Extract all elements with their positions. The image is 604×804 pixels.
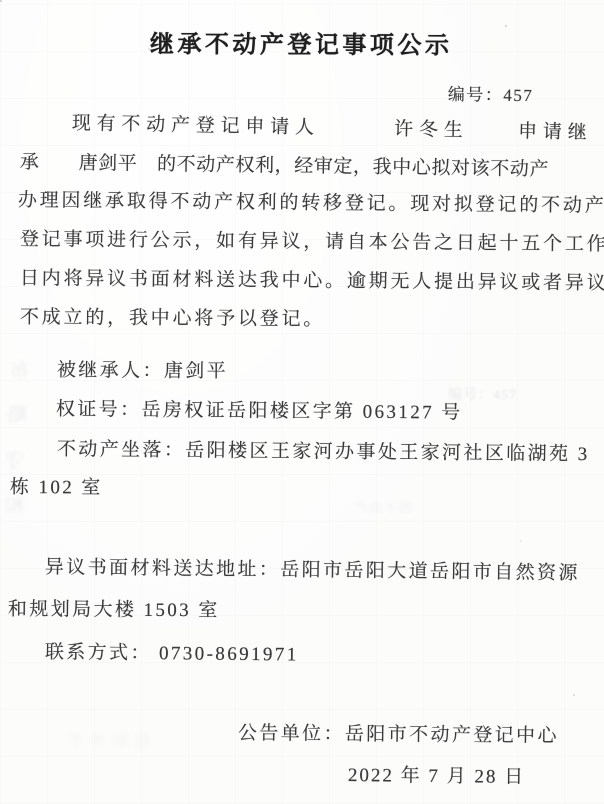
paragraph-line: 登记事项进行公示，如有异议，请自本公告之日起十五个工作 [20, 228, 604, 257]
bleed-through-mark: 略 [7, 398, 27, 427]
contact-phone-line: 联系方式： 0730-8691971 [45, 641, 299, 667]
paragraph-line: 承 唐剑平 的不动产权利，经审定，我中心拟对该不动产 [20, 151, 549, 182]
doc-number: 编号：457 [448, 83, 534, 108]
issuing-authority-line: 公告单位：岳阳市不动产登记中心 [238, 722, 559, 749]
objection-address-line: 异议书面材料送达地址：岳阳市岳阳大道岳阳市自然资源 [45, 556, 580, 586]
objection-address-line: 和规划局大楼 1503 室 [8, 598, 220, 623]
scan-speckles [0, 0, 2, 2]
property-location-line: 栋 102 室 [10, 476, 103, 500]
paragraph-line: 办理因继承取得不动产权利的转移登记。现对拟登记的不动产 [18, 189, 604, 219]
bleed-through-mark: 布 [10, 354, 30, 383]
paragraph-line: 现有不动产登记申请人 许冬生 申请继 [72, 112, 593, 146]
scanned-notice-page: 布 略 守 和 编号：457 的不动产 岳阳市不 继承不动产登记事项公示 编号：… [0, 0, 604, 804]
deceased-person-line: 被继承人：唐剑平 [57, 359, 228, 384]
paragraph-line: 日内将异议书面材料送达我中心。逾期无人提出异议或者异议 [20, 267, 604, 296]
issue-date-line: 2022 年 7 月 28 日 [348, 764, 526, 790]
notice-title: 继承不动产登记事项公示 [150, 30, 453, 61]
bleed-through-mark: 岳阳市不 [62, 728, 150, 751]
paragraph-line: 不成立的，我中心将予以登记。 [20, 306, 325, 332]
doc-number-label: 编号： [448, 85, 504, 105]
bleed-through-mark: 守 [5, 444, 25, 473]
certificate-number-line: 权证号：岳房权证岳阳楼区字第 063127 号 [56, 398, 463, 426]
bleed-through-mark: 的不动产 [352, 497, 412, 516]
doc-number-value: 457 [503, 86, 533, 105]
property-location-line: 不动产坐落：岳阳楼区王家河办事处王家河社区临湖苑 3 [57, 438, 590, 467]
